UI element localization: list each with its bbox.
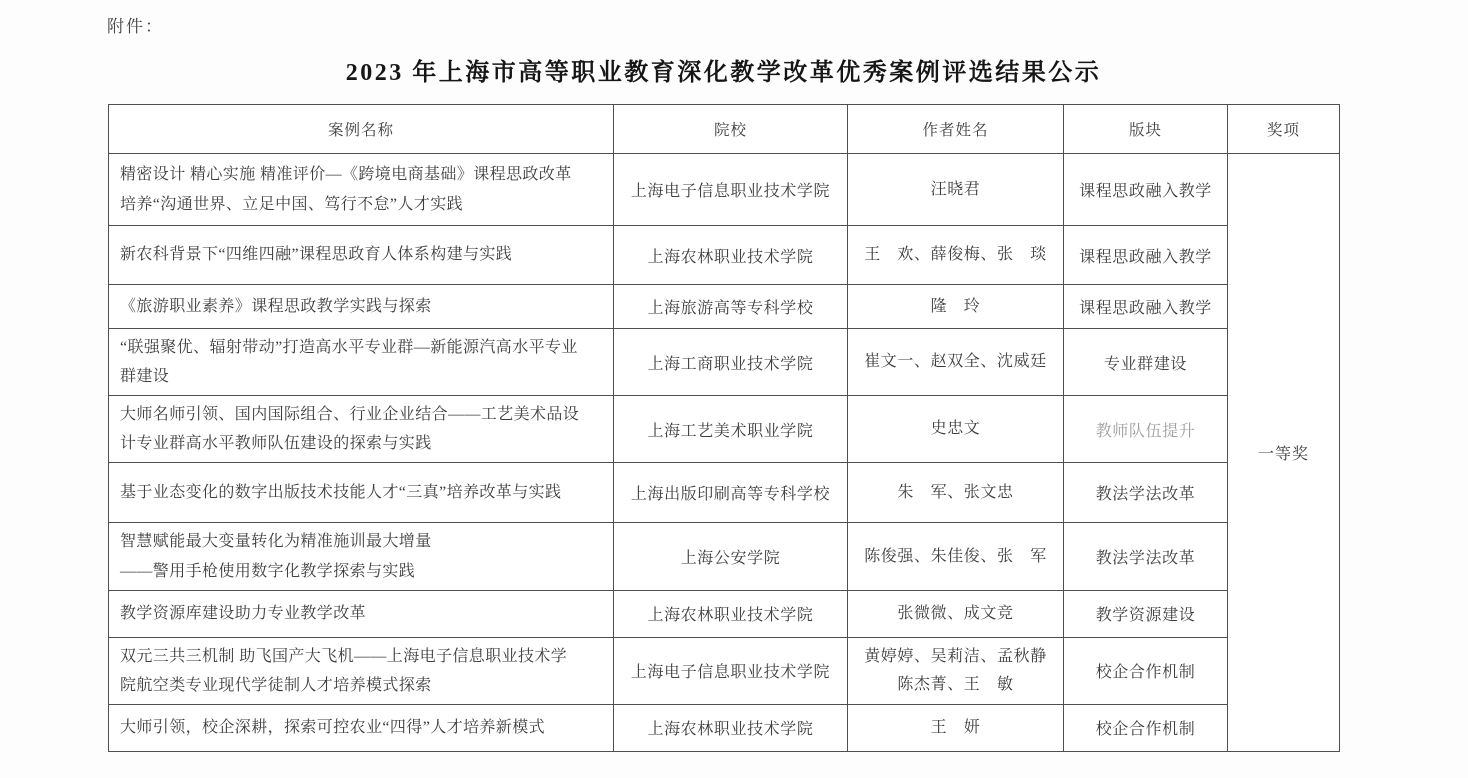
table-row: “联强聚优、辐射带动”打造高水平专业群—新能源汽高水平专业 群建设 上海工商职业… (109, 329, 1340, 396)
table-row: 《旅游职业素养》课程思政教学实践与探索 上海旅游高等专科学校 隆 玲 课程思政融… (109, 285, 1340, 329)
school-cell: 上海农林职业技术学院 (614, 226, 848, 285)
table-row: 教学资源库建设助力专业教学改革 上海农林职业技术学院 张微微、成文竞 教学资源建… (109, 590, 1340, 637)
header-row: 案例名称 院校 作者姓名 版块 奖项 (109, 105, 1340, 154)
authors-cell: 崔文一、赵双全、沈威廷 (848, 329, 1064, 396)
case-cell: 双元三共三机制 助飞国产大飞机——上海电子信息职业技术学 院航空类专业现代学徒制… (109, 637, 614, 704)
results-table: 案例名称 院校 作者姓名 版块 奖项 精密设计 精心实施 精准评价—《跨境电商基… (108, 104, 1340, 752)
col-header-section: 版块 (1064, 105, 1228, 154)
section-cell: 专业群建设 (1064, 329, 1228, 396)
col-header-case: 案例名称 (109, 105, 614, 154)
col-header-authors: 作者姓名 (848, 105, 1064, 154)
table-row: 基于业态变化的数字出版技术技能人才“三真”培养改革与实践 上海出版印刷高等专科学… (109, 463, 1340, 523)
authors-cell: 黄婷婷、吴莉洁、孟秋静 陈杰菁、王 敏 (848, 637, 1064, 704)
col-header-award: 奖项 (1228, 105, 1340, 154)
results-table-body: 精密设计 精心实施 精准评价—《跨境电商基础》课程思政改革 培养“沟通世界、立足… (109, 154, 1340, 752)
table-row: 智慧赋能最大变量转化为精准施训最大增量 ——警用手枪使用数字化教学探索与实践 上… (109, 523, 1340, 590)
case-cell: 大师引领，校企深耕，探索可控农业“四得”人才培养新模式 (109, 704, 614, 751)
case-cell: 新农科背景下“四维四融”课程思政育人体系构建与实践 (109, 226, 614, 285)
school-cell: 上海农林职业技术学院 (614, 590, 848, 637)
school-cell: 上海公安学院 (614, 523, 848, 590)
section-cell: 校企合作机制 (1064, 704, 1228, 751)
col-header-school: 院校 (614, 105, 848, 154)
school-cell: 上海旅游高等专科学校 (614, 285, 848, 329)
case-cell: “联强聚优、辐射带动”打造高水平专业群—新能源汽高水平专业 群建设 (109, 329, 614, 396)
authors-cell: 王 欢、薛俊梅、张 琰 (848, 226, 1064, 285)
section-cell: 教师队伍提升 (1064, 396, 1228, 463)
award-cell: 一等奖 (1228, 154, 1340, 752)
case-cell: 基于业态变化的数字出版技术技能人才“三真”培养改革与实践 (109, 463, 614, 523)
school-cell: 上海出版印刷高等专科学校 (614, 463, 848, 523)
table-row: 精密设计 精心实施 精准评价—《跨境电商基础》课程思政改革 培养“沟通世界、立足… (109, 154, 1340, 226)
section-cell: 课程思政融入教学 (1064, 285, 1228, 329)
section-cell: 课程思政融入教学 (1064, 154, 1228, 226)
school-cell: 上海工艺美术职业学院 (614, 396, 848, 463)
table-row: 大师引领，校企深耕，探索可控农业“四得”人才培养新模式 上海农林职业技术学院 王… (109, 704, 1340, 751)
school-cell: 上海农林职业技术学院 (614, 704, 848, 751)
case-cell: 大师名师引领、国内国际组合、行业企业结合——工艺美术品设 计专业群高水平教师队伍… (109, 396, 614, 463)
case-cell: 教学资源库建设助力专业教学改革 (109, 590, 614, 637)
table-row: 双元三共三机制 助飞国产大飞机——上海电子信息职业技术学 院航空类专业现代学徒制… (109, 637, 1340, 704)
case-cell: 精密设计 精心实施 精准评价—《跨境电商基础》课程思政改革 培养“沟通世界、立足… (109, 154, 614, 226)
authors-cell: 陈俊强、朱佳俊、张 军 (848, 523, 1064, 590)
attachment-label: 附件： (107, 12, 164, 37)
school-cell: 上海电子信息职业技术学院 (614, 154, 848, 226)
results-table-head: 案例名称 院校 作者姓名 版块 奖项 (109, 105, 1340, 154)
school-cell: 上海工商职业技术学院 (614, 329, 848, 396)
table-row: 新农科背景下“四维四融”课程思政育人体系构建与实践 上海农林职业技术学院 王 欢… (109, 226, 1340, 285)
table-row: 大师名师引领、国内国际组合、行业企业结合——工艺美术品设 计专业群高水平教师队伍… (109, 396, 1340, 463)
document-page: 附件： 2023 年上海市高等职业教育深化教学改革优秀案例评选结果公示 案例名称… (108, 0, 1339, 752)
section-cell: 教法学法改革 (1064, 463, 1228, 523)
authors-cell: 史忠文 (848, 396, 1064, 463)
section-cell: 教学资源建设 (1064, 590, 1228, 637)
school-cell: 上海电子信息职业技术学院 (614, 637, 848, 704)
authors-cell: 王 妍 (848, 704, 1064, 751)
authors-cell: 汪晓君 (848, 154, 1064, 226)
case-cell: 智慧赋能最大变量转化为精准施训最大增量 ——警用手枪使用数字化教学探索与实践 (109, 523, 614, 590)
authors-cell: 朱 军、张文忠 (848, 463, 1064, 523)
authors-cell: 隆 玲 (848, 285, 1064, 329)
case-cell: 《旅游职业素养》课程思政教学实践与探索 (109, 285, 614, 329)
authors-cell: 张微微、成文竞 (848, 590, 1064, 637)
section-cell: 校企合作机制 (1064, 637, 1228, 704)
page-title: 2023 年上海市高等职业教育深化教学改革优秀案例评选结果公示 (108, 52, 1339, 87)
section-cell: 教法学法改革 (1064, 523, 1228, 590)
section-cell: 课程思政融入教学 (1064, 226, 1228, 285)
